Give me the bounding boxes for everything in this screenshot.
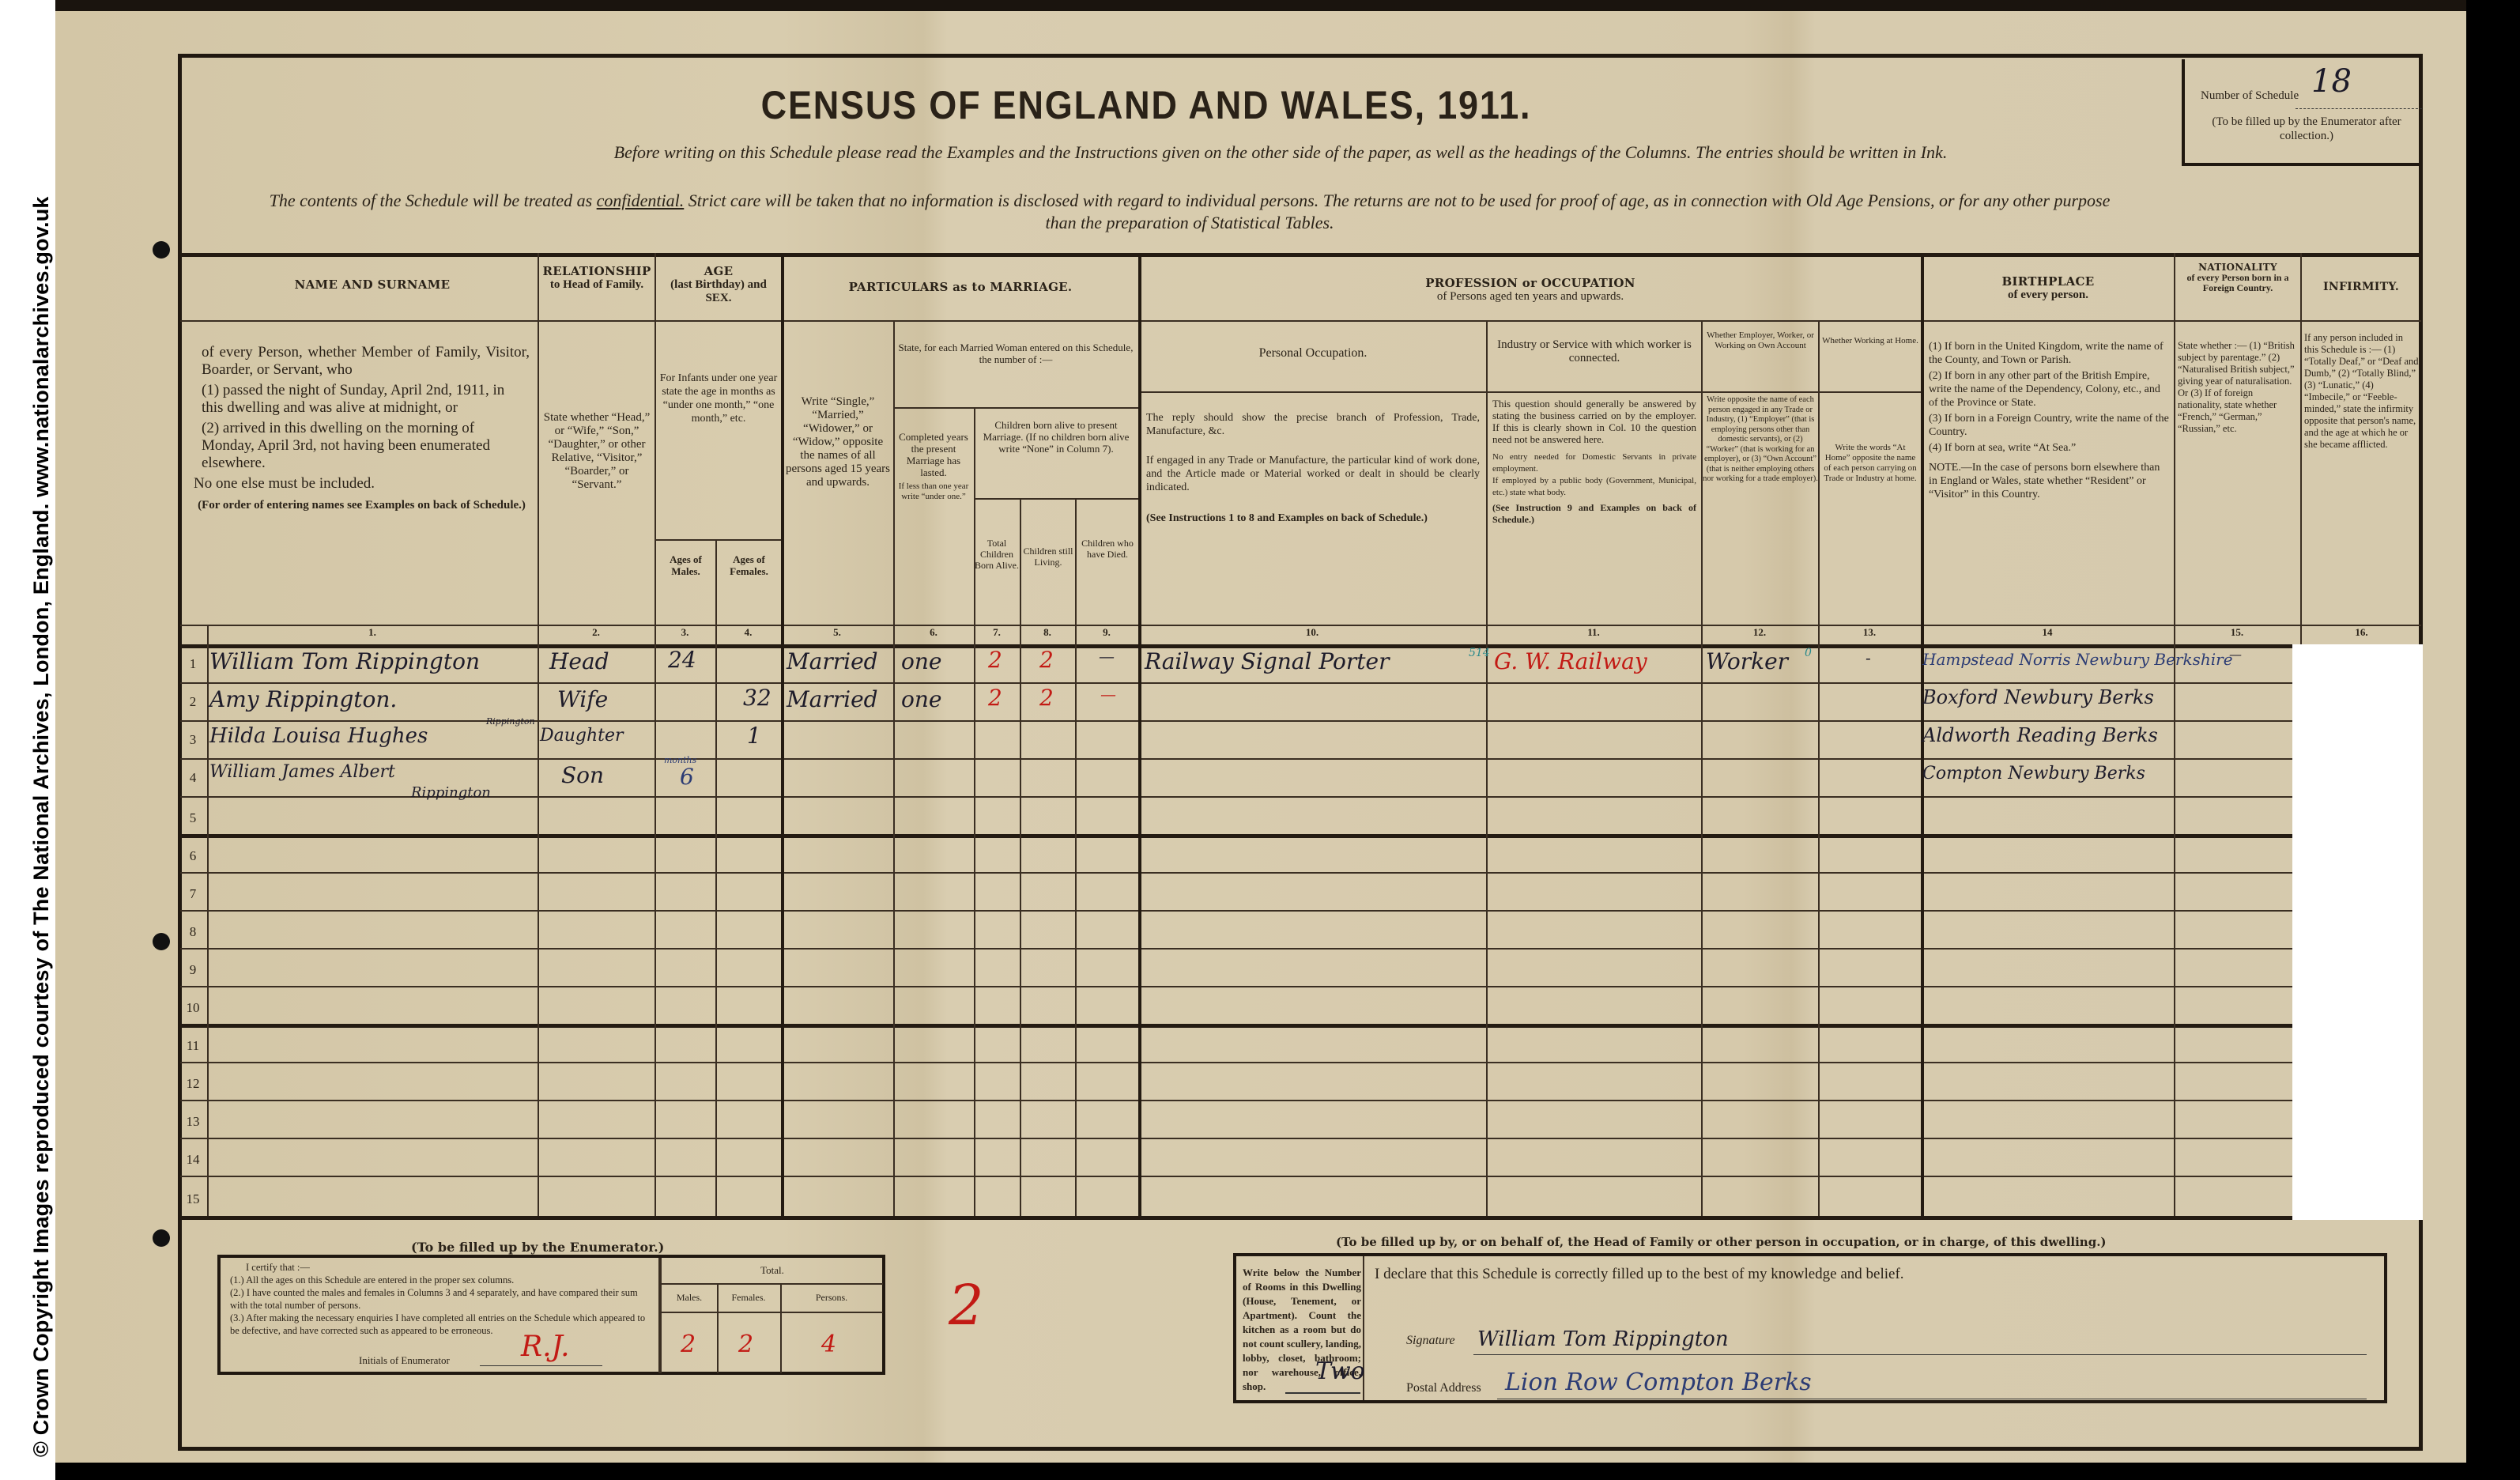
schedule-number[interactable]: 18 (2311, 63, 2352, 100)
row-number: 11 (179, 1038, 207, 1054)
column-number: 8. (1020, 626, 1075, 639)
row-number: 2 (179, 694, 207, 710)
column-number: 12. (1701, 626, 1818, 639)
cell-employer-status[interactable]: Worker (1706, 648, 1788, 674)
enumerator-side-mark: 2 (949, 1273, 984, 1338)
schedule-number-line (2296, 108, 2422, 109)
header-nationality-body: State whether :— (1) “British subject by… (2178, 340, 2298, 435)
signature[interactable]: William Tom Rippington (1477, 1327, 1729, 1351)
cell-name[interactable]: William Tom Rippington (209, 648, 480, 674)
header-relationship-body: State whether “Head,” or “Wife,” “Son,” … (542, 411, 651, 492)
cell-years-married[interactable]: one (901, 686, 941, 712)
cell-name-surname: Rippington (411, 784, 491, 801)
cell-birthplace[interactable]: Hampstead Norris Newbury Berkshire (1922, 650, 2233, 669)
column-number: 5. (781, 626, 893, 639)
row-number: 4 (179, 770, 207, 786)
header-industry: Industry or Service with which worker is… (1488, 338, 1701, 365)
header-relationship: RELATIONSHIP to Head of Family. (539, 265, 655, 292)
row-number: 14 (179, 1152, 207, 1168)
cell-age-male[interactable]: 24 (668, 647, 696, 673)
header-age: AGE (last Birthday) and SEX. (656, 265, 781, 305)
address-label: Postal Address (1406, 1381, 1481, 1395)
cell-birthplace[interactable]: Aldworth Reading Berks (1922, 724, 2158, 746)
cell-children-living[interactable]: 2 (1039, 685, 1054, 711)
cell-children-total[interactable]: 2 (988, 647, 1002, 673)
column-number: 15. (2174, 626, 2300, 639)
binder-hole (153, 241, 170, 259)
cell-condition[interactable]: Married (787, 686, 878, 712)
cell-relationship[interactable]: Son (561, 762, 604, 788)
cell-years-married[interactable]: one (901, 648, 941, 674)
row-number: 9 (179, 962, 207, 978)
cell-children-living[interactable]: 2 (1039, 647, 1054, 673)
column-number: 3. (655, 626, 715, 639)
cell-birthplace[interactable]: Compton Newbury Berks (1922, 764, 2145, 783)
header-age-females: Ages of Females. (717, 553, 781, 577)
cell-occupation-code: 514 (1469, 647, 1490, 659)
copyright-text: © Crown Copyright Images reproduced cour… (28, 196, 55, 1457)
cell-children-died[interactable]: — (1099, 647, 1115, 666)
header-age-males: Ages of Males. (656, 553, 715, 577)
column-number: 13. (1818, 626, 1921, 639)
copyright-strip: © Crown Copyright Images reproduced cour… (0, 0, 55, 1480)
row-number: 7 (179, 886, 207, 902)
header-children-living: Children still Living. (1021, 546, 1075, 568)
row-number: 5 (179, 810, 207, 826)
header-infirmity-body: If any person included in this Schedule … (2304, 332, 2419, 451)
header-personal-body: The reply should show the precise branch… (1146, 411, 1480, 525)
total-females[interactable]: 2 (738, 1331, 753, 1358)
row-number: 12 (179, 1076, 207, 1092)
header-name: NAME AND SURNAME (207, 278, 538, 292)
page-title: CENSUS OF ENGLAND AND WALES, 1911. (613, 82, 1680, 128)
cell-condition[interactable]: Married (787, 648, 878, 674)
cell-age-female[interactable]: 32 (743, 685, 771, 711)
enumerator-heading: (To be filled up by the Enumerator.) (411, 1240, 664, 1255)
cell-industry[interactable]: G. W. Railway (1494, 648, 1647, 674)
row-number: 13 (179, 1114, 207, 1130)
cell-relationship[interactable]: Wife (557, 686, 608, 712)
enumerator-box: I certify that :— (1.) All the ages on t… (217, 1255, 885, 1375)
instruction-confidential: The contents of the Schedule will be tre… (202, 190, 2178, 234)
header-employer: Whether Employer, Worker, or Working on … (1703, 330, 1818, 351)
cell-age-female[interactable]: 1 (747, 723, 761, 749)
instruction-ink: Before writing on this Schedule please r… (411, 142, 2150, 163)
declaration-text: I declare that this Schedule is correctl… (1375, 1266, 1904, 1283)
cell-nationality[interactable]: — (2229, 647, 2242, 662)
column-number: 4. (715, 626, 781, 639)
cell-relationship[interactable]: Head (549, 648, 609, 674)
binder-hole (153, 933, 170, 950)
header-marriage-condition: Write “Single,” “Married,” “Widower,” or… (784, 395, 892, 489)
header-name-body: of every Person, whether Member of Famil… (194, 344, 530, 512)
cell-children-died[interactable]: — (1100, 685, 1116, 704)
column-number: 2. (538, 626, 655, 639)
cell-age-male[interactable]: 6 (680, 764, 694, 790)
column-number: 7. (974, 626, 1020, 639)
header-married-woman: State, for each Married Woman entered on… (897, 342, 1134, 365)
cell-employer-code: 0 (1805, 647, 1812, 659)
cell-name[interactable]: Hilda Louisa Hughes (209, 724, 428, 748)
binder-hole (153, 1229, 170, 1247)
cell-children-total[interactable]: 2 (988, 685, 1002, 711)
total-males[interactable]: 2 (681, 1331, 696, 1358)
cell-at-home[interactable]: - (1865, 648, 1871, 667)
header-birthplace: BIRTHPLACE of every person. (1922, 275, 2174, 302)
head-of-family-heading: (To be filled up by, or on behalf of, th… (1336, 1235, 2107, 1249)
column-number: 6. (893, 626, 974, 639)
cell-name-correction: Rippington (486, 716, 535, 727)
row-number: 8 (179, 924, 207, 940)
column-number: 10. (1138, 626, 1486, 639)
column-number: 11. (1486, 626, 1701, 639)
header-marriage: PARTICULARS as to MARRIAGE. (783, 281, 1138, 294)
redacted-infirmity-block (2292, 644, 2423, 1220)
row-number: 6 (179, 848, 207, 864)
column-number: 9. (1075, 626, 1138, 639)
enumerator-initials[interactable]: R.J. (521, 1331, 570, 1363)
column-number: 14 (1921, 626, 2174, 639)
header-employer-body: Write opposite the name of each person e… (1703, 395, 1818, 485)
header-home: Whether Working at Home. (1820, 336, 1921, 346)
cell-relationship[interactable]: Daughter (540, 726, 624, 746)
cell-name[interactable]: Amy Rippington. (209, 686, 397, 712)
schedule-number-box: Number of Schedule 18 (To be filled up b… (2182, 59, 2423, 166)
header-home-body: Write the words “At Home” opposite the n… (1822, 443, 1918, 484)
row-number: 10 (179, 1000, 207, 1016)
cell-name[interactable]: William James Albert (209, 762, 395, 782)
header-marriage-years: Completed years the present Marriage has… (895, 431, 972, 502)
column-number: 16. (2300, 626, 2423, 639)
header-children-died: Children who have Died. (1077, 538, 1138, 560)
cell-occupation[interactable]: Railway Signal Porter (1145, 648, 1390, 674)
row-number: 1 (179, 656, 207, 672)
header-children-total: Total Children Born Alive. (974, 538, 1020, 571)
header-industry-body: This question should generally be answer… (1492, 398, 1696, 526)
rooms-count[interactable]: Two (1315, 1357, 1365, 1385)
header-children: Children born alive to present Marriage.… (977, 419, 1135, 455)
header-occupation: PROFESSION or OCCUPATION of Persons aged… (1140, 277, 1921, 304)
postal-address[interactable]: Lion Row Compton Berks (1505, 1369, 1812, 1396)
header-birthplace-body: (1) If born in the United Kingdom, write… (1929, 340, 2170, 501)
row-number: 3 (179, 732, 207, 748)
column-number: 1. (207, 626, 538, 639)
head-of-family-box: Write below the Number of Rooms in this … (1233, 1253, 2387, 1403)
header-nationality: NATIONALITY of every Person born in a Fo… (2175, 262, 2300, 293)
header-age-body: For Infants under one year state the age… (658, 372, 779, 425)
header-personal-occupation: Personal Occupation. (1140, 346, 1486, 360)
header-infirmity: INFIRMITY. (2302, 281, 2420, 294)
signature-label: Signature (1406, 1334, 1455, 1348)
total-persons[interactable]: 4 (821, 1331, 836, 1358)
cell-birthplace[interactable]: Boxford Newbury Berks (1922, 686, 2154, 708)
row-number: 15 (179, 1191, 207, 1207)
